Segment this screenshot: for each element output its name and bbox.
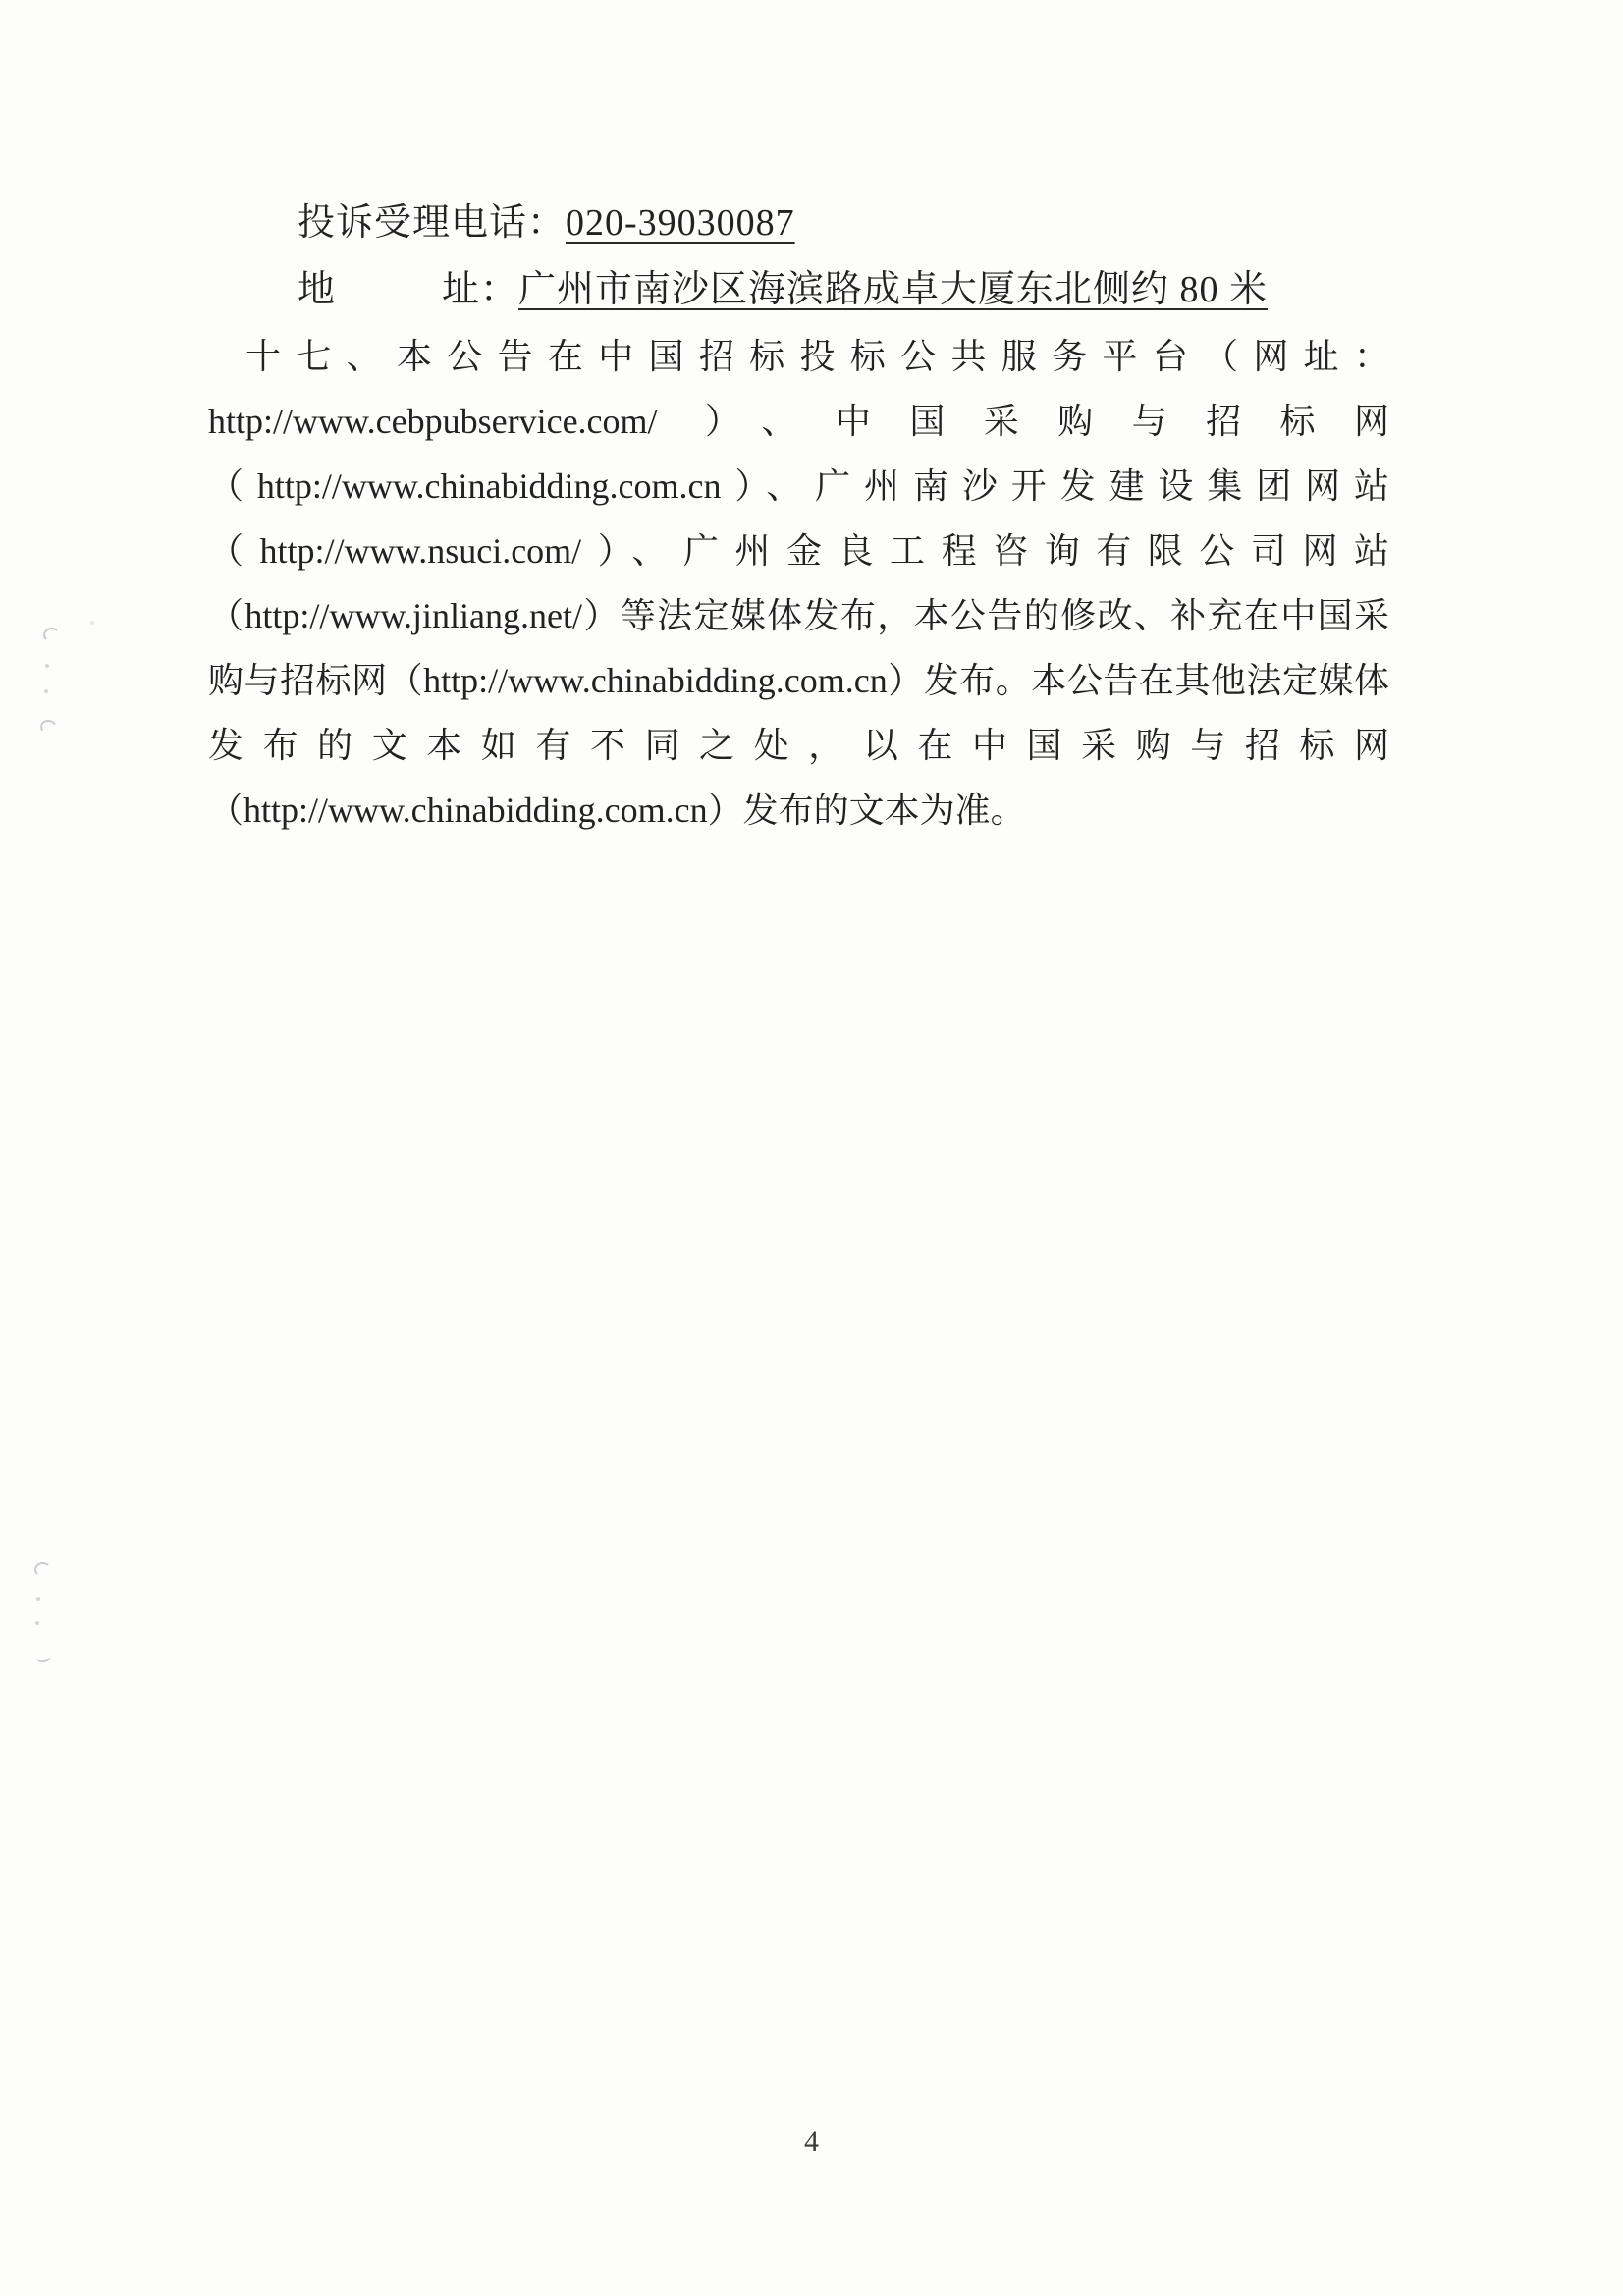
document-page: 投诉受理电话：020-39030087 地址：广州市南沙区海滨路成卓大厦东北侧约… xyxy=(0,0,1623,2296)
paragraph-line: 购与招标网（http://www.chinabidding.com.cn）发布。… xyxy=(208,648,1389,713)
scan-artifact xyxy=(35,1621,39,1625)
announcement-paragraph: 十七、本公告在中国招标投标公共服务平台（网址： http://www.cebpu… xyxy=(208,324,1389,843)
scan-artifact xyxy=(36,1597,40,1601)
paragraph-line: （http://www.jinliang.net/）等法定媒体发布，本公告的修改… xyxy=(208,583,1389,648)
scan-artifact xyxy=(90,621,94,625)
paragraph-line: http://www.cebpubservice.com/ ）、中国采购与招标网 xyxy=(208,389,1389,454)
complaint-phone-value: 020-39030087 xyxy=(566,202,795,244)
page-number: 4 xyxy=(0,2125,1623,2159)
scan-artifact xyxy=(34,1562,51,1577)
paragraph-line: （http://www.chinabidding.com.cn）发布的文本为准。 xyxy=(208,778,1389,843)
paragraph-line: （http://www.chinabidding.com.cn）、广州南沙开发建… xyxy=(208,454,1389,519)
scan-artifact xyxy=(44,689,48,693)
complaint-phone-label: 投诉受理电话： xyxy=(298,202,566,244)
paragraph-line: 十七、本公告在中国招标投标公共服务平台（网址： xyxy=(208,324,1389,389)
scan-artifact xyxy=(35,1652,51,1663)
paragraph-line: 发布的文本如有不同之处，以在中国采购与招标网 xyxy=(208,713,1389,778)
address-line: 地址：广州市南沙区海滨路成卓大厦东北侧约 80 米 xyxy=(298,267,1268,312)
paragraph-line: （http://www.nsuci.com/）、广州金良工程咨询有限公司网站 xyxy=(208,519,1389,583)
scan-artifact xyxy=(38,718,58,737)
scan-artifact xyxy=(43,628,60,642)
complaint-phone-line: 投诉受理电话：020-39030087 xyxy=(298,200,795,246)
address-label-end: 址： xyxy=(442,269,518,310)
address-value: 广州市南沙区海滨路成卓大厦东北侧约 80 米 xyxy=(518,269,1268,310)
scan-artifact xyxy=(45,664,49,668)
address-label-start: 地 xyxy=(298,269,336,310)
